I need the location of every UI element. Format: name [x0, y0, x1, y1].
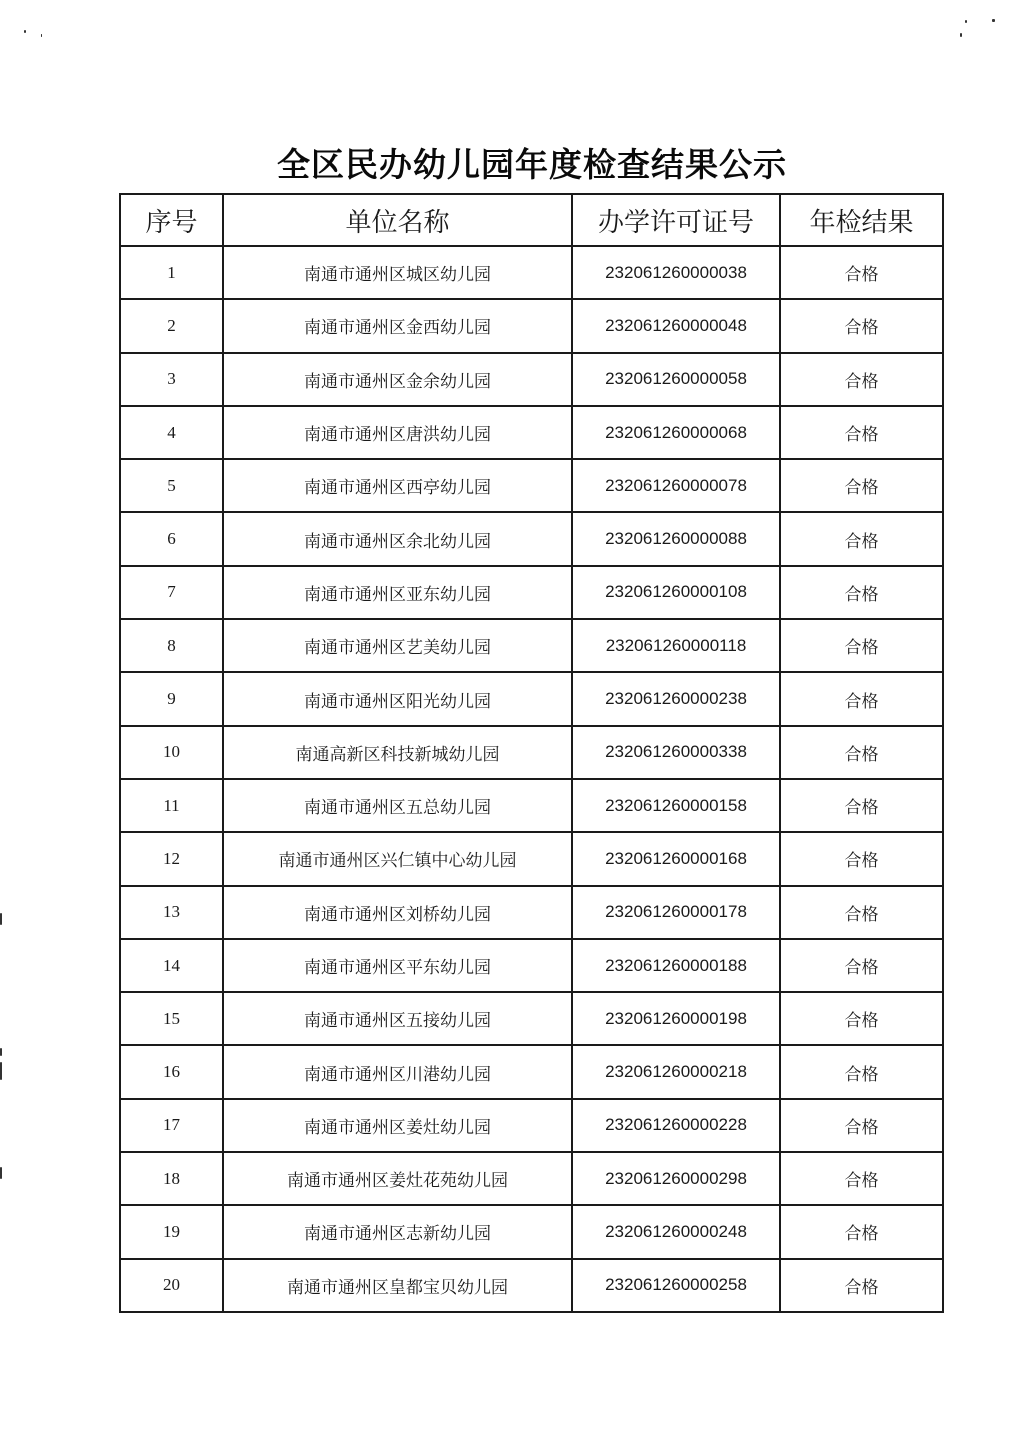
- unit-name-cell: 南通市通州区志新幼儿园: [223, 1205, 572, 1258]
- inspection-result-cell: 合格: [780, 779, 943, 832]
- table-row: 14南通市通州区平东幼儿园232061260000188合格: [120, 939, 943, 992]
- license-number-cell: 232061260000178: [572, 886, 780, 939]
- license-number-cell: 232061260000038: [572, 246, 780, 299]
- serial-number-cell: 20: [120, 1259, 223, 1312]
- header-serial-number: 序号: [120, 194, 223, 246]
- inspection-result-cell: 合格: [780, 406, 943, 459]
- serial-number-cell: 13: [120, 886, 223, 939]
- inspection-result-cell: 合格: [780, 1259, 943, 1312]
- inspection-result-cell: 合格: [780, 459, 943, 512]
- header-unit-name: 单位名称: [223, 194, 572, 246]
- inspection-result-cell: 合格: [780, 672, 943, 725]
- license-number-cell: 232061260000118: [572, 619, 780, 672]
- serial-number-cell: 11: [120, 779, 223, 832]
- serial-number-cell: 12: [120, 832, 223, 885]
- serial-number-cell: 10: [120, 726, 223, 779]
- table-row: 17南通市通州区姜灶幼儿园232061260000228合格: [120, 1099, 943, 1152]
- serial-number-cell: 15: [120, 992, 223, 1045]
- table-row: 8南通市通州区艺美幼儿园232061260000118合格: [120, 619, 943, 672]
- unit-name-cell: 南通市通州区城区幼儿园: [223, 246, 572, 299]
- license-number-cell: 232061260000338: [572, 726, 780, 779]
- license-number-cell: 232061260000168: [572, 832, 780, 885]
- inspection-result-cell: 合格: [780, 1045, 943, 1098]
- inspection-result-cell: 合格: [780, 512, 943, 565]
- unit-name-cell: 南通市通州区平东幼儿园: [223, 939, 572, 992]
- scan-artifact: [41, 34, 42, 37]
- unit-name-cell: 南通市通州区艺美幼儿园: [223, 619, 572, 672]
- inspection-result-cell: 合格: [780, 619, 943, 672]
- license-number-cell: 232061260000228: [572, 1099, 780, 1152]
- inspection-result-cell: 合格: [780, 939, 943, 992]
- unit-name-cell: 南通市通州区五总幼儿园: [223, 779, 572, 832]
- inspection-results-table: 序号 单位名称 办学许可证号 年检结果 1南通市通州区城区幼儿园23206126…: [119, 193, 944, 1313]
- license-number-cell: 232061260000258: [572, 1259, 780, 1312]
- serial-number-cell: 18: [120, 1152, 223, 1205]
- serial-number-cell: 2: [120, 299, 223, 352]
- unit-name-cell: 南通市通州区金西幼儿园: [223, 299, 572, 352]
- unit-name-cell: 南通市通州区姜灶幼儿园: [223, 1099, 572, 1152]
- license-number-cell: 232061260000198: [572, 992, 780, 1045]
- license-number-cell: 232061260000218: [572, 1045, 780, 1098]
- serial-number-cell: 16: [120, 1045, 223, 1098]
- table-row: 9南通市通州区阳光幼儿园232061260000238合格: [120, 672, 943, 725]
- serial-number-cell: 17: [120, 1099, 223, 1152]
- serial-number-cell: 9: [120, 672, 223, 725]
- inspection-result-cell: 合格: [780, 992, 943, 1045]
- scan-artifact: [0, 913, 2, 925]
- scan-artifact: [0, 1167, 2, 1179]
- unit-name-cell: 南通高新区科技新城幼儿园: [223, 726, 572, 779]
- license-number-cell: 232061260000048: [572, 299, 780, 352]
- serial-number-cell: 6: [120, 512, 223, 565]
- serial-number-cell: 1: [120, 246, 223, 299]
- license-number-cell: 232061260000068: [572, 406, 780, 459]
- table-row: 13南通市通州区刘桥幼儿园232061260000178合格: [120, 886, 943, 939]
- table-row: 5南通市通州区西亭幼儿园232061260000078合格: [120, 459, 943, 512]
- inspection-result-cell: 合格: [780, 1152, 943, 1205]
- license-number-cell: 232061260000078: [572, 459, 780, 512]
- serial-number-cell: 4: [120, 406, 223, 459]
- unit-name-cell: 南通市通州区唐洪幼儿园: [223, 406, 572, 459]
- document-title: 全区民办幼儿园年度检查结果公示: [0, 140, 1024, 190]
- unit-name-cell: 南通市通州区刘桥幼儿园: [223, 886, 572, 939]
- table-row: 6南通市通州区余北幼儿园232061260000088合格: [120, 512, 943, 565]
- table-row: 3南通市通州区金余幼儿园232061260000058合格: [120, 353, 943, 406]
- license-number-cell: 232061260000158: [572, 779, 780, 832]
- unit-name-cell: 南通市通州区亚东幼儿园: [223, 566, 572, 619]
- header-license-number: 办学许可证号: [572, 194, 780, 246]
- table-row: 2南通市通州区金西幼儿园232061260000048合格: [120, 299, 943, 352]
- inspection-result-cell: 合格: [780, 566, 943, 619]
- inspection-result-cell: 合格: [780, 353, 943, 406]
- inspection-result-cell: 合格: [780, 886, 943, 939]
- inspection-result-cell: 合格: [780, 1099, 943, 1152]
- serial-number-cell: 5: [120, 459, 223, 512]
- license-number-cell: 232061260000248: [572, 1205, 780, 1258]
- inspection-result-cell: 合格: [780, 726, 943, 779]
- table-row: 7南通市通州区亚东幼儿园232061260000108合格: [120, 566, 943, 619]
- table-row: 16南通市通州区川港幼儿园232061260000218合格: [120, 1045, 943, 1098]
- scanned-page: 全区民办幼儿园年度检查结果公示 序号 单位名称 办学许可证号 年检结果 1南通市…: [0, 0, 1024, 1456]
- table-row: 12南通市通州区兴仁镇中心幼儿园232061260000168合格: [120, 832, 943, 885]
- license-number-cell: 232061260000298: [572, 1152, 780, 1205]
- table-row: 11南通市通州区五总幼儿园232061260000158合格: [120, 779, 943, 832]
- unit-name-cell: 南通市通州区姜灶花苑幼儿园: [223, 1152, 572, 1205]
- license-number-cell: 232061260000188: [572, 939, 780, 992]
- license-number-cell: 232061260000058: [572, 353, 780, 406]
- serial-number-cell: 19: [120, 1205, 223, 1258]
- serial-number-cell: 7: [120, 566, 223, 619]
- unit-name-cell: 南通市通州区川港幼儿园: [223, 1045, 572, 1098]
- license-number-cell: 232061260000088: [572, 512, 780, 565]
- unit-name-cell: 南通市通州区五接幼儿园: [223, 992, 572, 1045]
- unit-name-cell: 南通市通州区兴仁镇中心幼儿园: [223, 832, 572, 885]
- scan-artifact: [992, 19, 995, 22]
- serial-number-cell: 8: [120, 619, 223, 672]
- inspection-result-cell: 合格: [780, 1205, 943, 1258]
- table-row: 15南通市通州区五接幼儿园232061260000198合格: [120, 992, 943, 1045]
- scan-artifact: [960, 33, 962, 37]
- unit-name-cell: 南通市通州区阳光幼儿园: [223, 672, 572, 725]
- table-row: 19南通市通州区志新幼儿园232061260000248合格: [120, 1205, 943, 1258]
- serial-number-cell: 14: [120, 939, 223, 992]
- inspection-result-cell: 合格: [780, 832, 943, 885]
- table-row: 4南通市通州区唐洪幼儿园232061260000068合格: [120, 406, 943, 459]
- scan-artifact: [0, 1062, 2, 1080]
- table-row: 1南通市通州区城区幼儿园232061260000038合格: [120, 246, 943, 299]
- table-row: 10南通高新区科技新城幼儿园232061260000338合格: [120, 726, 943, 779]
- unit-name-cell: 南通市通州区皇都宝贝幼儿园: [223, 1259, 572, 1312]
- unit-name-cell: 南通市通州区余北幼儿园: [223, 512, 572, 565]
- inspection-result-cell: 合格: [780, 299, 943, 352]
- license-number-cell: 232061260000108: [572, 566, 780, 619]
- table-row: 20南通市通州区皇都宝贝幼儿园232061260000258合格: [120, 1259, 943, 1312]
- header-inspection-result: 年检结果: [780, 194, 943, 246]
- serial-number-cell: 3: [120, 353, 223, 406]
- scan-artifact: [0, 1048, 2, 1056]
- scan-artifact: [24, 30, 26, 33]
- inspection-result-cell: 合格: [780, 246, 943, 299]
- table-header-row: 序号 单位名称 办学许可证号 年检结果: [120, 194, 943, 246]
- license-number-cell: 232061260000238: [572, 672, 780, 725]
- table-row: 18南通市通州区姜灶花苑幼儿园232061260000298合格: [120, 1152, 943, 1205]
- unit-name-cell: 南通市通州区西亭幼儿园: [223, 459, 572, 512]
- unit-name-cell: 南通市通州区金余幼儿园: [223, 353, 572, 406]
- scan-artifact: [965, 20, 967, 23]
